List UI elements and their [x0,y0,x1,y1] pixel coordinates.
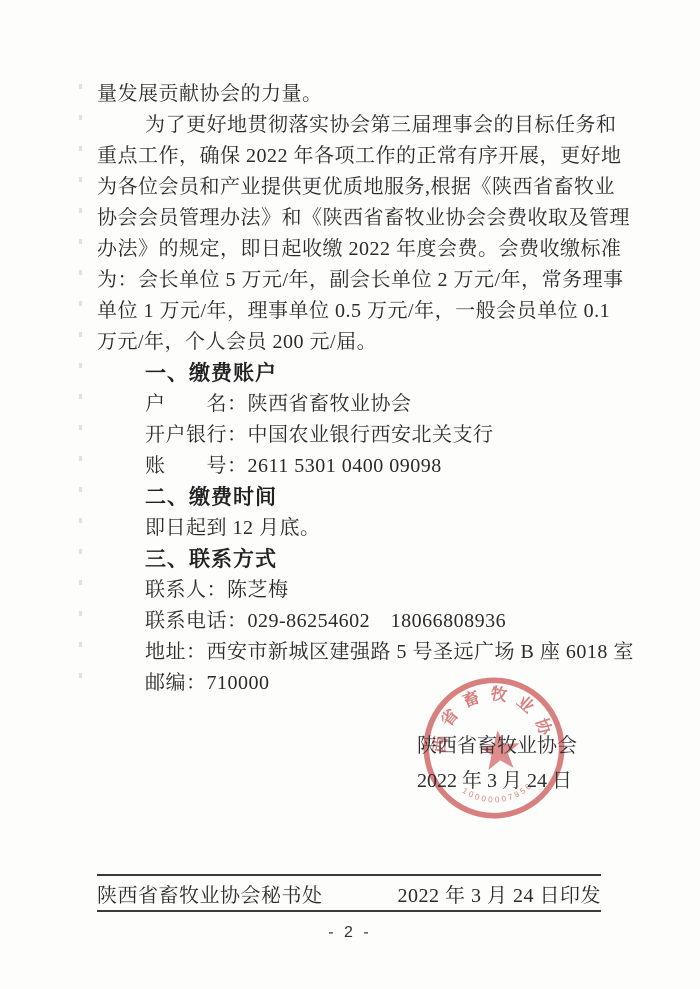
footer-print-date: 2022 年 3 月 24 日印发 [398,879,602,908]
page-number: - 2 - [0,924,700,942]
payment-time-line: 即日起到 12 月底。 [97,513,607,544]
document-page: 量发展贡献协会的力量。 为了更好地贯彻落实协会第三届理事会的目标任务和 重点工作… [0,0,700,989]
body-line: 万元/年，个人会员 200 元/届。 [97,327,607,358]
section-heading-payment-account: 一、缴费账户 [97,358,607,389]
body-line: 为各位会员和产业提供更优质地服务,根据《陕西省畜牧业 [97,172,607,203]
footer-issuer: 陕西省畜牧业协会秘书处 [97,879,323,908]
footer-bar: 陕西省畜牧业协会秘书处 2022 年 3 月 24 日印发 [97,874,601,912]
body-line: 单位 1 万元/年，理事单位 0.5 万元/年，一般会员单位 0.1 [97,296,607,327]
body-line: 重点工作，确保 2022 年各项工作的正常有序开展，更好地 [97,141,607,172]
bank-line: 开户银行：中国农业银行西安北关支行 [97,420,607,451]
body-line: 协会会员管理办法》和《陕西省畜牧业协会会费收取及管理 [97,203,607,234]
section-heading-contact: 三、联系方式 [97,544,607,575]
body-line: 办法》的规定，即日起收缴 2022 年度会费。会费收缴标准 [97,234,607,265]
scan-artifact [79,84,82,684]
section-heading-payment-time: 二、缴费时间 [97,482,607,513]
account-number-line: 账 号：2611 5301 0400 09098 [97,451,607,482]
body-line: 为：会长单位 5 万元/年，副会长单位 2 万元/年，常务理事 [97,265,607,296]
signature-date: 2022 年 3 月 24 日 [417,764,577,799]
contact-phone-line: 联系电话：029-86254602 18066808936 [97,606,607,637]
signature-block: 陕西省畜牧业协会 2022 年 3 月 24 日 [417,729,577,799]
body-line: 量发展贡献协会的力量。 [97,79,607,110]
account-name-line: 户 名：陕西省畜牧业协会 [97,389,607,420]
body-line: 为了更好地贯彻落实协会第三届理事会的目标任务和 [97,110,607,141]
signature-org: 陕西省畜牧业协会 [417,729,577,764]
document-body: 量发展贡献协会的力量。 为了更好地贯彻落实协会第三届理事会的目标任务和 重点工作… [97,79,607,699]
contact-person-line: 联系人：陈芝梅 [97,575,607,606]
